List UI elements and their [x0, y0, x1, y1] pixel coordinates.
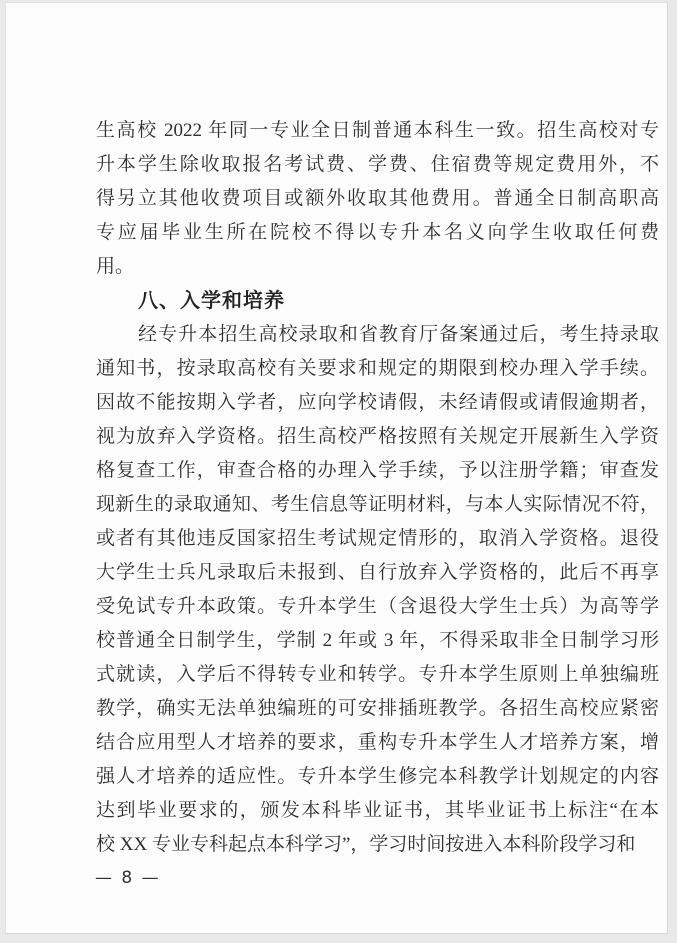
body-line: 生高校 2022 年同一专业全日制普通本科生一致。招生高校对专 [96, 114, 659, 148]
body-line: 强人才培养的适应性。专升本学生修完本科教学计划规定的内容 [96, 760, 659, 794]
section-heading: 八、入学和培养 [96, 284, 659, 318]
body-line: 得另立其他收费项目或额外收取其他费用。普通全日制高职高 [96, 182, 659, 216]
body-line: 用。 [96, 250, 659, 284]
body-line: 现新生的录取通知、考生信息等证明材料，与本人实际情况不符， [96, 488, 659, 522]
body-line: 大学生士兵凡录取后未报到、自行放弃入学资格的，此后不再享 [96, 556, 659, 590]
document-body-text: 生高校 2022 年同一专业全日制普通本科生一致。招生高校对专 升本学生除收取报… [96, 114, 659, 862]
body-line: 校 XX 专业专科起点本科学习”，学习时间按进入本科阶段学习和 [96, 828, 659, 862]
document-paper: 生高校 2022 年同一专业全日制普通本科生一致。招生高校对专 升本学生除收取报… [5, 2, 668, 934]
body-line: 式就读，入学后不得转专业和转学。专升本学生原则上单独编班 [96, 658, 659, 692]
body-line: 通知书，按录取高校有关要求和规定的期限到校办理入学手续。 [96, 352, 659, 386]
body-line: 教学，确实无法单独编班的可安排插班教学。各招生高校应紧密 [96, 692, 659, 726]
body-line: 校普通全日制学生，学制 2 年或 3 年，不得采取非全日制学习形 [96, 624, 659, 658]
body-line: 或者有其他违反国家招生考试规定情形的，取消入学资格。退役 [96, 522, 659, 556]
body-line: 视为放弃入学资格。招生高校严格按照有关规定开展新生入学资 [96, 420, 659, 454]
scanned-document-page: { "page": { "bg_color": "#e9e9e9", "pape… [0, 0, 677, 943]
body-line: 专应届毕业生所在院校不得以专升本名义向学生收取任何费 [96, 216, 659, 250]
body-line: 升本学生除收取报名考试费、学费、住宿费等规定费用外，不 [96, 148, 659, 182]
body-line: 达到毕业要求的，颁发本科毕业证书，其毕业证书上标注“在本 [96, 794, 659, 828]
body-line: 经专升本招生高校录取和省教育厅备案通过后，考生持录取 [96, 318, 659, 352]
page-number: — 8 — [95, 865, 161, 891]
body-line: 格复查工作，审查合格的办理入学手续，予以注册学籍；审查发 [96, 454, 659, 488]
body-line: 受免试专升本政策。专升本学生（含退役大学生士兵）为高等学 [96, 590, 659, 624]
body-line: 因故不能按期入学者，应向学校请假，未经请假或请假逾期者， [96, 386, 659, 420]
body-line: 结合应用型人才培养的要求，重构专升本学生人才培养方案，增 [96, 726, 659, 760]
